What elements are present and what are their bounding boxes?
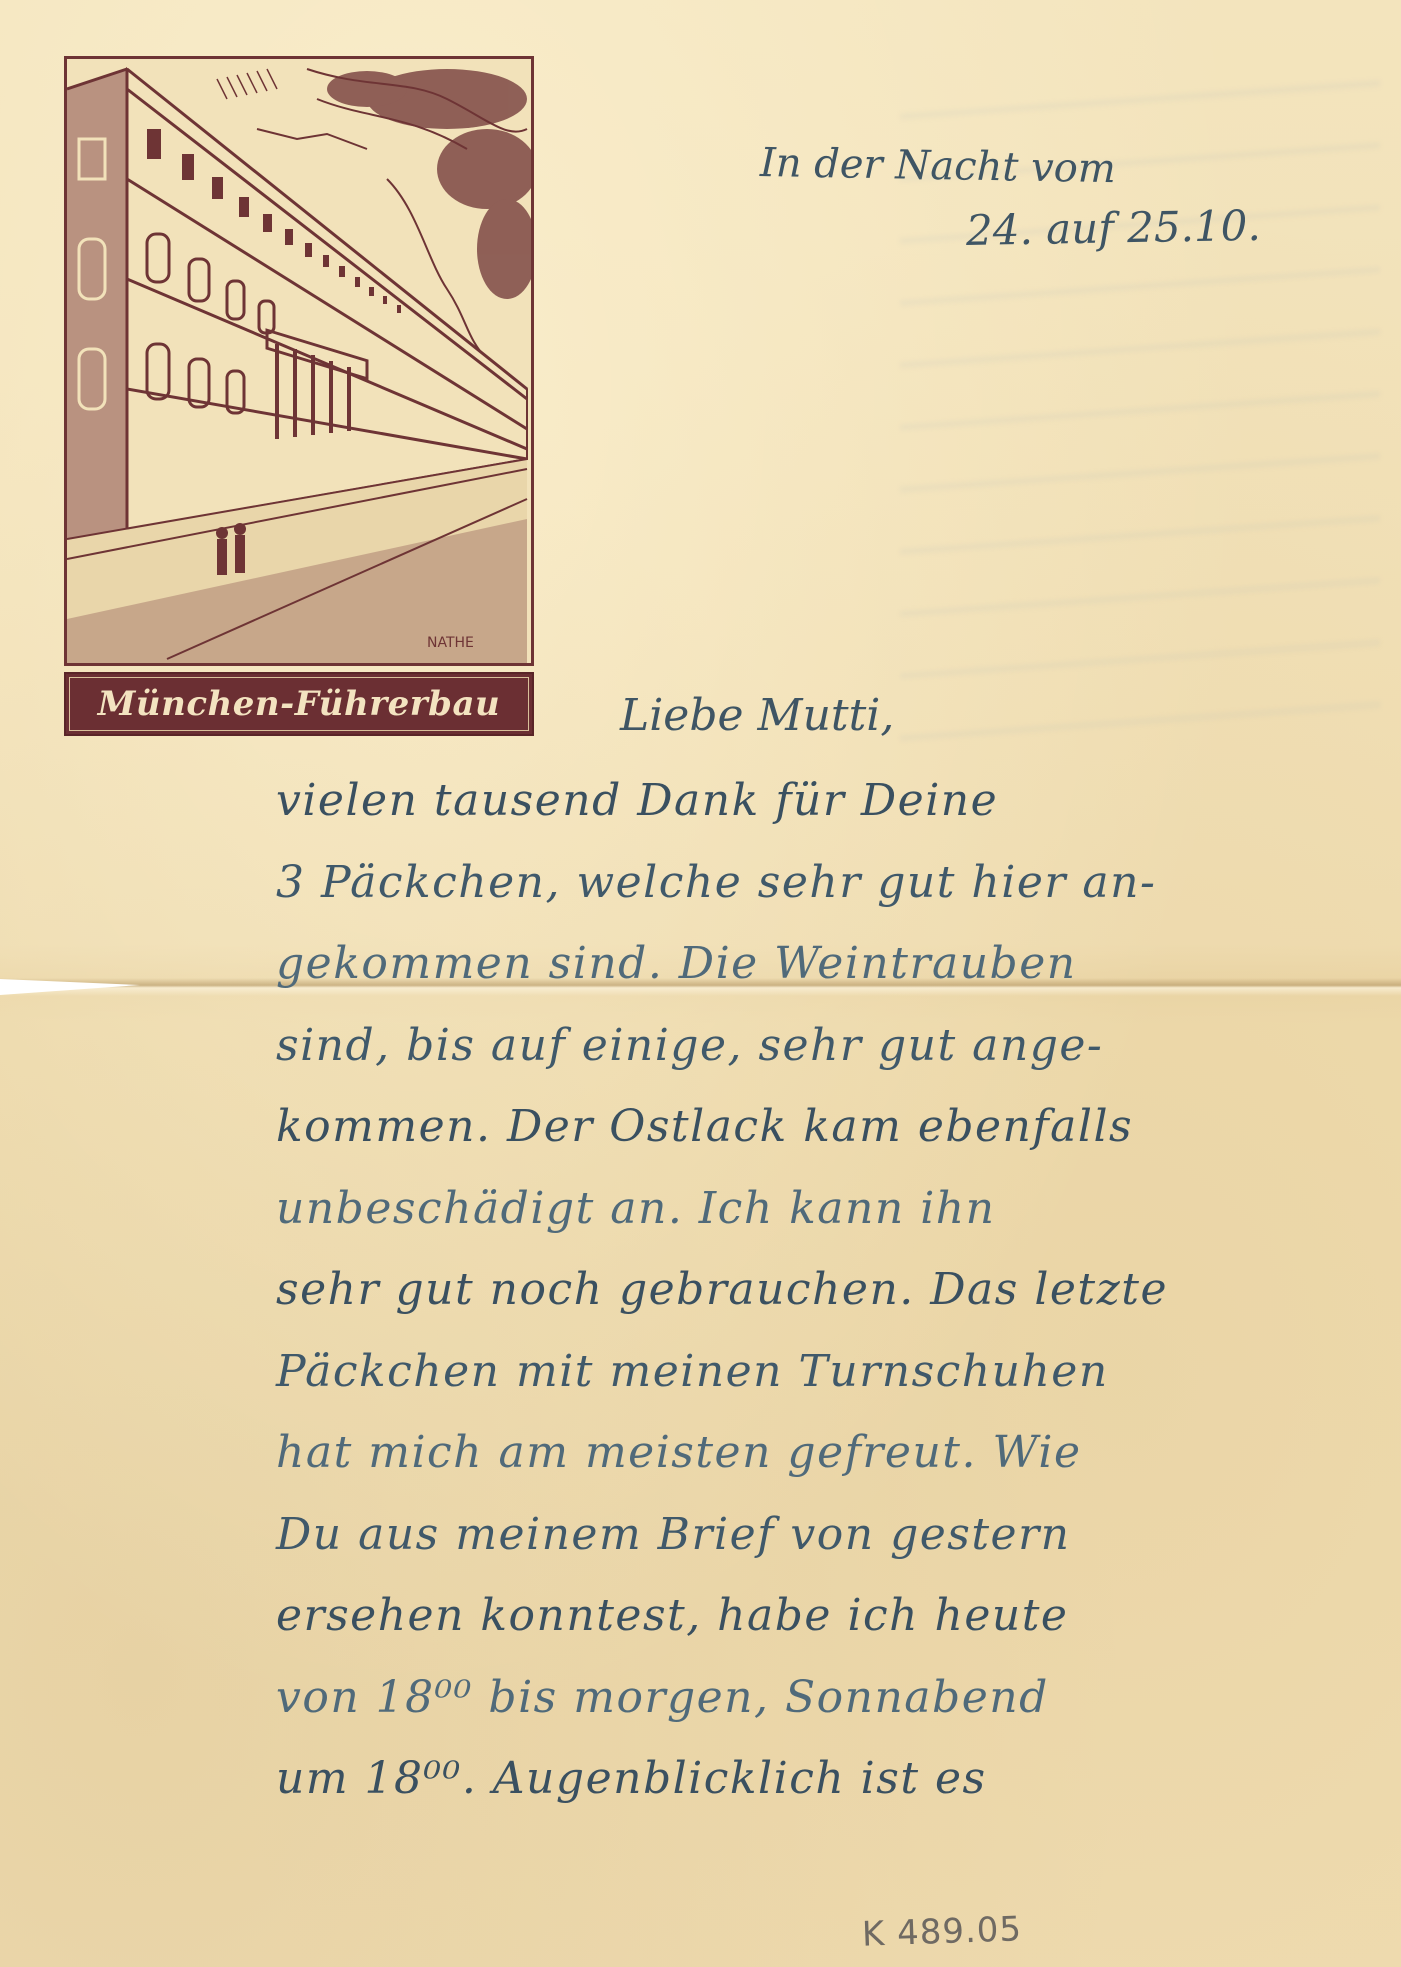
- body-line: ersehen konntest, habe ich heute: [276, 1575, 1376, 1657]
- artist-signature: NATHE: [427, 635, 474, 651]
- body-line: 3 Päckchen, welche sehr gut hier an-: [276, 842, 1376, 924]
- letter-body: vielen tausend Dank für Deine 3 Päckchen…: [276, 760, 1376, 1820]
- letterhead-title: München-Führerbau: [98, 684, 500, 724]
- body-line: vielen tausend Dank für Deine: [276, 760, 1376, 842]
- building-illustration: NATHE: [64, 56, 534, 666]
- date-line-2: 24. auf 25.10.: [966, 201, 1262, 255]
- letterhead: NATHE München-Führerbau: [64, 56, 534, 736]
- body-line: Päckchen mit meinen Turnschuhen: [276, 1331, 1376, 1413]
- body-line: um 18⁰⁰. Augenblicklich ist es: [276, 1738, 1376, 1820]
- date-line-1: In der Nacht vom: [760, 140, 1117, 192]
- body-line: unbeschädigt an. Ich kann ihn: [276, 1168, 1376, 1250]
- letterhead-banner: München-Führerbau: [64, 672, 534, 736]
- body-line: kommen. Der Ostlack kam ebenfalls: [276, 1086, 1376, 1168]
- archive-reference-number: K 489.05: [861, 1909, 1022, 1955]
- body-line: sehr gut noch gebrauchen. Das letzte: [276, 1249, 1376, 1331]
- body-line: hat mich am meisten gefreut. Wie: [276, 1412, 1376, 1494]
- building-engraving-icon: NATHE: [67, 59, 531, 663]
- body-line: sind, bis auf einige, sehr gut ange-: [276, 1005, 1376, 1087]
- body-line: Du aus meinem Brief von gestern: [276, 1494, 1376, 1576]
- greeting: Liebe Mutti,: [620, 690, 894, 741]
- body-line: von 18⁰⁰ bis morgen, Sonnabend: [276, 1657, 1376, 1739]
- body-line: gekommen sind. Die Weintrauben: [276, 923, 1376, 1005]
